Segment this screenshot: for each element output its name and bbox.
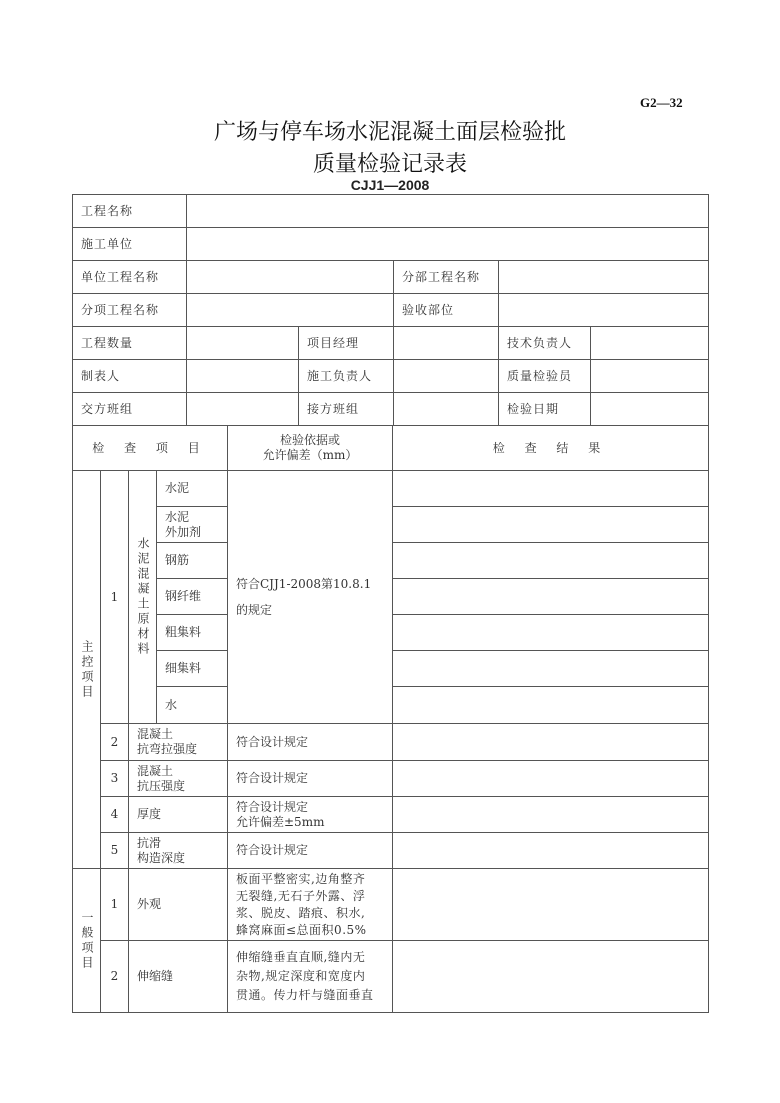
receiving-team-label: 接方班组 — [298, 392, 394, 426]
date-field[interactable] — [590, 392, 709, 426]
qc-field[interactable] — [590, 359, 709, 393]
result-rebar[interactable] — [392, 542, 709, 579]
item3-name: 混凝土 抗压强度 — [128, 760, 228, 797]
page-title: 广场与停车场水泥混凝土面层检验批 — [0, 115, 780, 146]
pm-label: 项目经理 — [298, 326, 394, 360]
item2-name: 混凝土 抗弯拉强度 — [128, 723, 228, 761]
item1-group: 水泥混凝土原材料 — [128, 470, 157, 724]
general-label: 一般项目 — [72, 868, 101, 1013]
item5-name: 抗滑 构造深度 — [128, 832, 228, 869]
material-water: 水 — [156, 686, 228, 724]
result-admixture[interactable] — [392, 506, 709, 543]
item4-criteria: 符合设计规定 允许偏差±5mm — [227, 796, 393, 833]
standard-code: CJJ1—2008 — [0, 177, 780, 193]
header-results: 检 查 结 果 — [392, 425, 709, 471]
item4-no: 4 — [100, 796, 129, 833]
material-coarse-aggregate: 粗集料 — [156, 614, 228, 651]
item3-no: 3 — [100, 760, 129, 797]
general-item1-criteria: 板面平整密实,边角整齐 无裂缝,无石子外露、浮 浆、脱皮、踏痕、积水, 蜂窝麻面… — [227, 868, 393, 941]
division-field[interactable] — [498, 260, 709, 294]
result-fine-aggregate[interactable] — [392, 650, 709, 687]
form-code: G2—32 — [640, 95, 683, 111]
material-fine-aggregate: 细集料 — [156, 650, 228, 687]
pm-field[interactable] — [393, 326, 499, 360]
date-label: 检验日期 — [498, 392, 591, 426]
qc-label: 质量检验员 — [498, 359, 591, 393]
item1-no: 1 — [100, 470, 129, 724]
unit-project-label: 单位工程名称 — [72, 260, 187, 294]
material-admixture: 水泥 外加剂 — [156, 506, 228, 543]
header-items: 检 查 项 目 — [72, 425, 228, 471]
header-criteria: 检验依据或 允许偏差（mm） — [227, 425, 393, 471]
item1-criteria: 符合CJJ1-2008第10.8.1 的规定 — [227, 470, 393, 724]
subitem-field[interactable] — [186, 293, 394, 327]
tech-lead-label: 技术负责人 — [498, 326, 591, 360]
general-item2-no: 2 — [100, 940, 129, 1013]
general-item1-no: 1 — [100, 868, 129, 941]
material-rebar: 钢筋 — [156, 542, 228, 579]
item2-result[interactable] — [392, 723, 709, 761]
general-item2-result[interactable] — [392, 940, 709, 1013]
general-item2-name: 伸缩缝 — [128, 940, 228, 1013]
contractor-field[interactable] — [186, 227, 709, 261]
main-control-label: 主控项目 — [72, 470, 101, 869]
general-item1-result[interactable] — [392, 868, 709, 941]
item5-criteria: 符合设计规定 — [227, 832, 393, 869]
receiving-team-field[interactable] — [393, 392, 499, 426]
preparer-label: 制表人 — [72, 359, 187, 393]
header-criteria-line2: 允许偏差（mm） — [263, 448, 358, 463]
result-water[interactable] — [392, 686, 709, 724]
page-subtitle: 质量检验记录表 — [0, 147, 780, 178]
item2-no: 2 — [100, 723, 129, 761]
item2-criteria: 符合设计规定 — [227, 723, 393, 761]
result-cement[interactable] — [392, 470, 709, 507]
handover-team-field[interactable] — [186, 392, 299, 426]
quantity-field[interactable] — [186, 326, 299, 360]
handover-team-label: 交方班组 — [72, 392, 187, 426]
result-steel-fiber[interactable] — [392, 578, 709, 615]
material-cement: 水泥 — [156, 470, 228, 507]
general-item2-criteria: 伸缩缝垂直直顺,缝内无 杂物,规定深度和宽度内 贯通。传力杆与缝面垂直 — [227, 940, 393, 1013]
division-label: 分部工程名称 — [393, 260, 499, 294]
acceptance-part-field[interactable] — [498, 293, 709, 327]
subitem-label: 分项工程名称 — [72, 293, 187, 327]
construction-lead-label: 施工负责人 — [298, 359, 394, 393]
contractor-label: 施工单位 — [72, 227, 187, 261]
project-name-field[interactable] — [186, 194, 709, 228]
result-coarse-aggregate[interactable] — [392, 614, 709, 651]
item4-name: 厚度 — [128, 796, 228, 833]
preparer-field[interactable] — [186, 359, 299, 393]
general-item1-name: 外观 — [128, 868, 228, 941]
acceptance-part-label: 验收部位 — [393, 293, 499, 327]
item3-result[interactable] — [392, 760, 709, 797]
project-name-label: 工程名称 — [72, 194, 187, 228]
quantity-label: 工程数量 — [72, 326, 187, 360]
construction-lead-field[interactable] — [393, 359, 499, 393]
item5-no: 5 — [100, 832, 129, 869]
tech-lead-field[interactable] — [590, 326, 709, 360]
item5-result[interactable] — [392, 832, 709, 869]
item3-criteria: 符合设计规定 — [227, 760, 393, 797]
material-steel-fiber: 钢纤维 — [156, 578, 228, 615]
unit-project-field[interactable] — [186, 260, 394, 294]
item4-result[interactable] — [392, 796, 709, 833]
header-criteria-line1: 检验依据或 — [280, 433, 340, 448]
